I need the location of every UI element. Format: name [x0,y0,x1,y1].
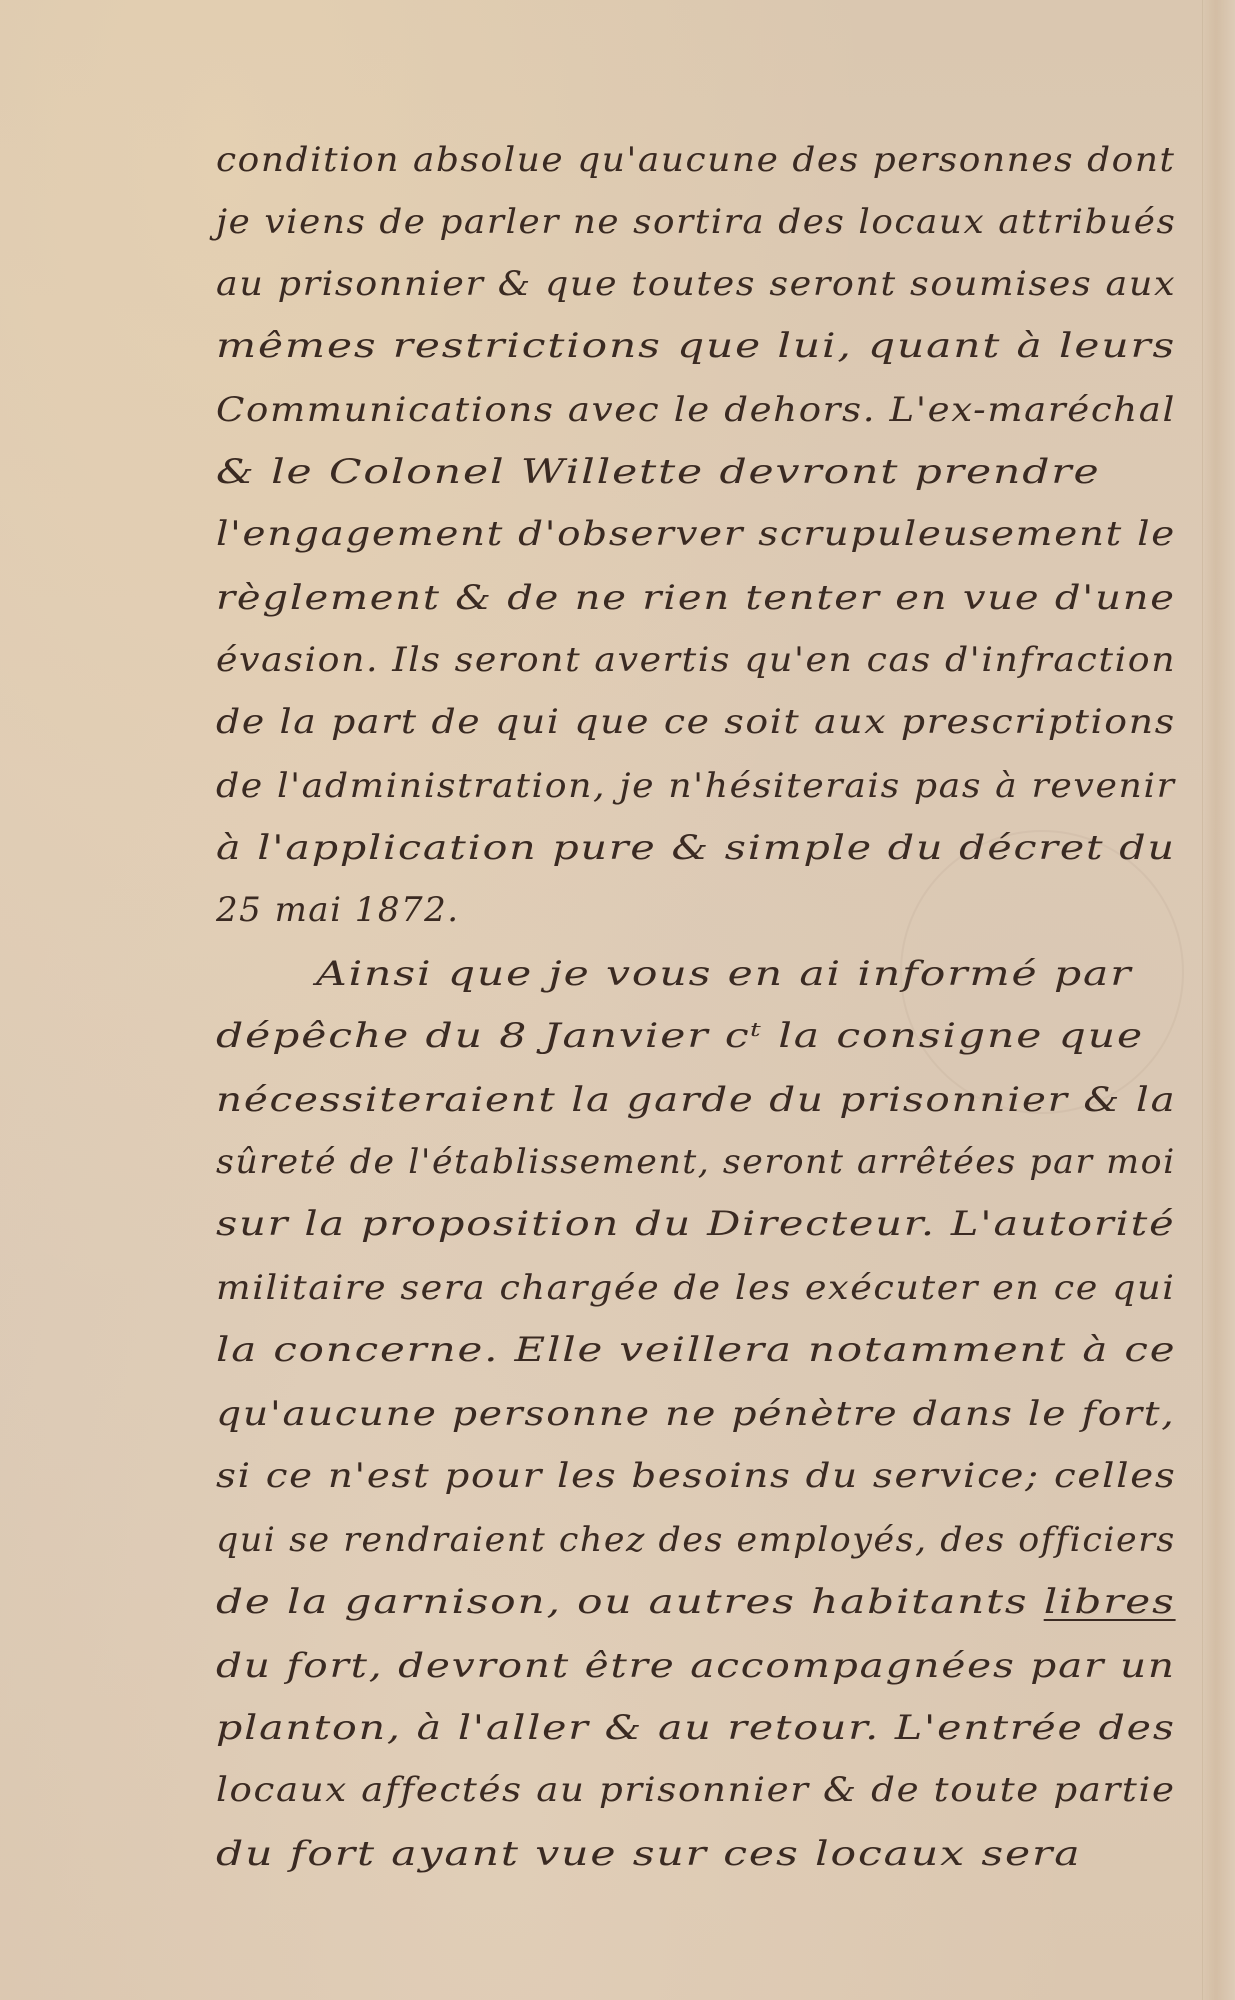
text-line-26: planton, à l'aller & au retour. L'entrée… [216,1708,1176,1748]
text-line-15: dépêche du 8 Janvier cᵗ la consigne que [216,1016,1144,1056]
text-line-27: locaux affectés au prisonnier & de toute… [216,1770,1176,1810]
text-line-1: condition absolue qu'aucune des personne… [216,140,1176,180]
text-line-21: qu'aucune personne ne pénètre dans le fo… [216,1394,1176,1434]
underlined-word: libres [1044,1582,1176,1622]
text-line-2: je viens de parler ne sortira des locaux… [216,202,1176,242]
text-line-23: qui se rendraient chez des employés, des… [216,1520,1176,1560]
text-line-5: Communications avec le dehors. L'ex-maré… [216,390,1176,430]
text-line-10: de la part de qui que ce soit aux prescr… [216,702,1176,742]
text-line-24-prefix: de la garnison, ou autres habitants [216,1582,1044,1622]
manuscript-page: condition absolue qu'aucune des personne… [0,0,1235,2000]
text-line-14-paragraph-start: Ainsi que je vous en ai informé par [316,954,1132,994]
text-line-25: du fort, devront être accompagnées par u… [216,1646,1176,1686]
text-line-16: nécessiteraient la garde du prisonnier &… [216,1080,1176,1120]
text-line-13-date: 25 mai 1872. [216,890,460,930]
text-line-24: de la garnison, ou autres habitants libr… [216,1582,1176,1622]
text-line-8: règlement & de ne rien tenter en vue d'u… [216,578,1176,618]
text-line-20: la concerne. Elle veillera notamment à c… [216,1330,1176,1370]
text-line-7: l'engagement d'observer scrupuleusement … [216,514,1176,554]
text-line-9: évasion. Ils seront avertis qu'en cas d'… [216,640,1176,680]
text-line-3: au prisonnier & que toutes seront soumis… [216,264,1176,304]
text-line-19: militaire sera chargée de les exécuter e… [216,1268,1175,1308]
text-line-18: sur la proposition du Directeur. L'autor… [216,1204,1176,1244]
text-line-4: mêmes restrictions que lui, quant à leur… [216,326,1176,366]
text-line-28: du fort ayant vue sur ces locaux sera [216,1834,1081,1874]
text-line-11: de l'administration, je n'hésiterais pas… [216,766,1176,806]
text-line-6: & le Colonel Willette devront prendre [216,452,1101,492]
text-line-12: à l'application pure & simple du décret … [216,828,1176,868]
page-edge-fold [1202,0,1235,2000]
text-line-22: si ce n'est pour les besoins du service;… [216,1456,1177,1496]
text-line-17: sûreté de l'établissement, seront arrêté… [216,1142,1176,1182]
